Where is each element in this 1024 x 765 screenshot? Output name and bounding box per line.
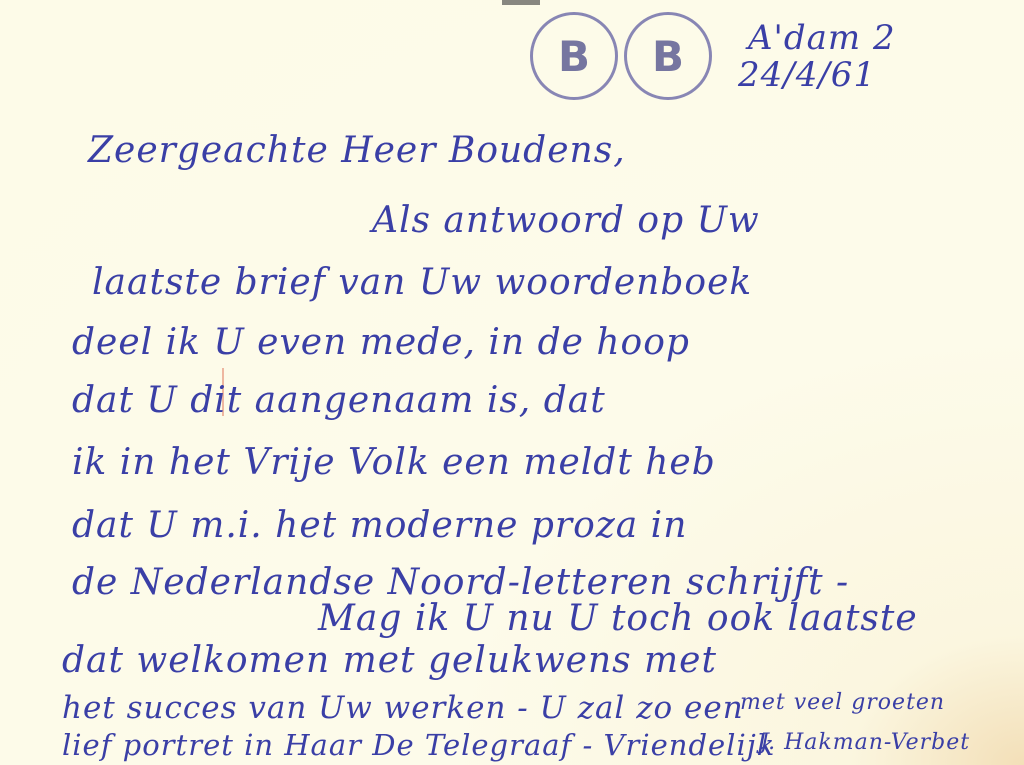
body-line: Mag ik U nu U toch ook laatste <box>318 598 918 639</box>
top-edge-mark <box>502 0 540 5</box>
body-line: laatste brief van Uw woordenboek <box>92 262 752 303</box>
stamp-b-left: B <box>530 12 618 100</box>
stamp-letter: B <box>652 32 684 81</box>
letter-date: 24/4/61 <box>738 55 876 95</box>
signature: J. Hakman-Verbet <box>760 730 970 755</box>
body-line: Als antwoord op Uw <box>372 200 760 241</box>
body-line: lief portret in Haar De Telegraaf - Vrie… <box>62 728 775 762</box>
body-line: de Nederlandse Noord-letteren schrijft - <box>72 562 849 603</box>
stamp-b-right: B <box>624 12 712 100</box>
body-line: deel ik U even mede, in de hoop <box>72 322 690 363</box>
stamp-letter: B <box>558 32 590 81</box>
closing: met veel groeten <box>740 690 945 715</box>
body-line: het succes van Uw werken - U zal zo een <box>62 690 744 726</box>
body-line: ik in het Vrije Volk een meldt heb <box>72 442 716 483</box>
letter-place: A'dam 2 <box>748 18 896 58</box>
body-line: dat U dit aangenaam is, dat <box>72 380 606 421</box>
salutation: Zeergeachte Heer Boudens, <box>88 130 626 171</box>
body-line: dat U m.i. het moderne proza in <box>72 505 687 546</box>
body-line: dat welkomen met gelukwens met <box>62 640 717 681</box>
